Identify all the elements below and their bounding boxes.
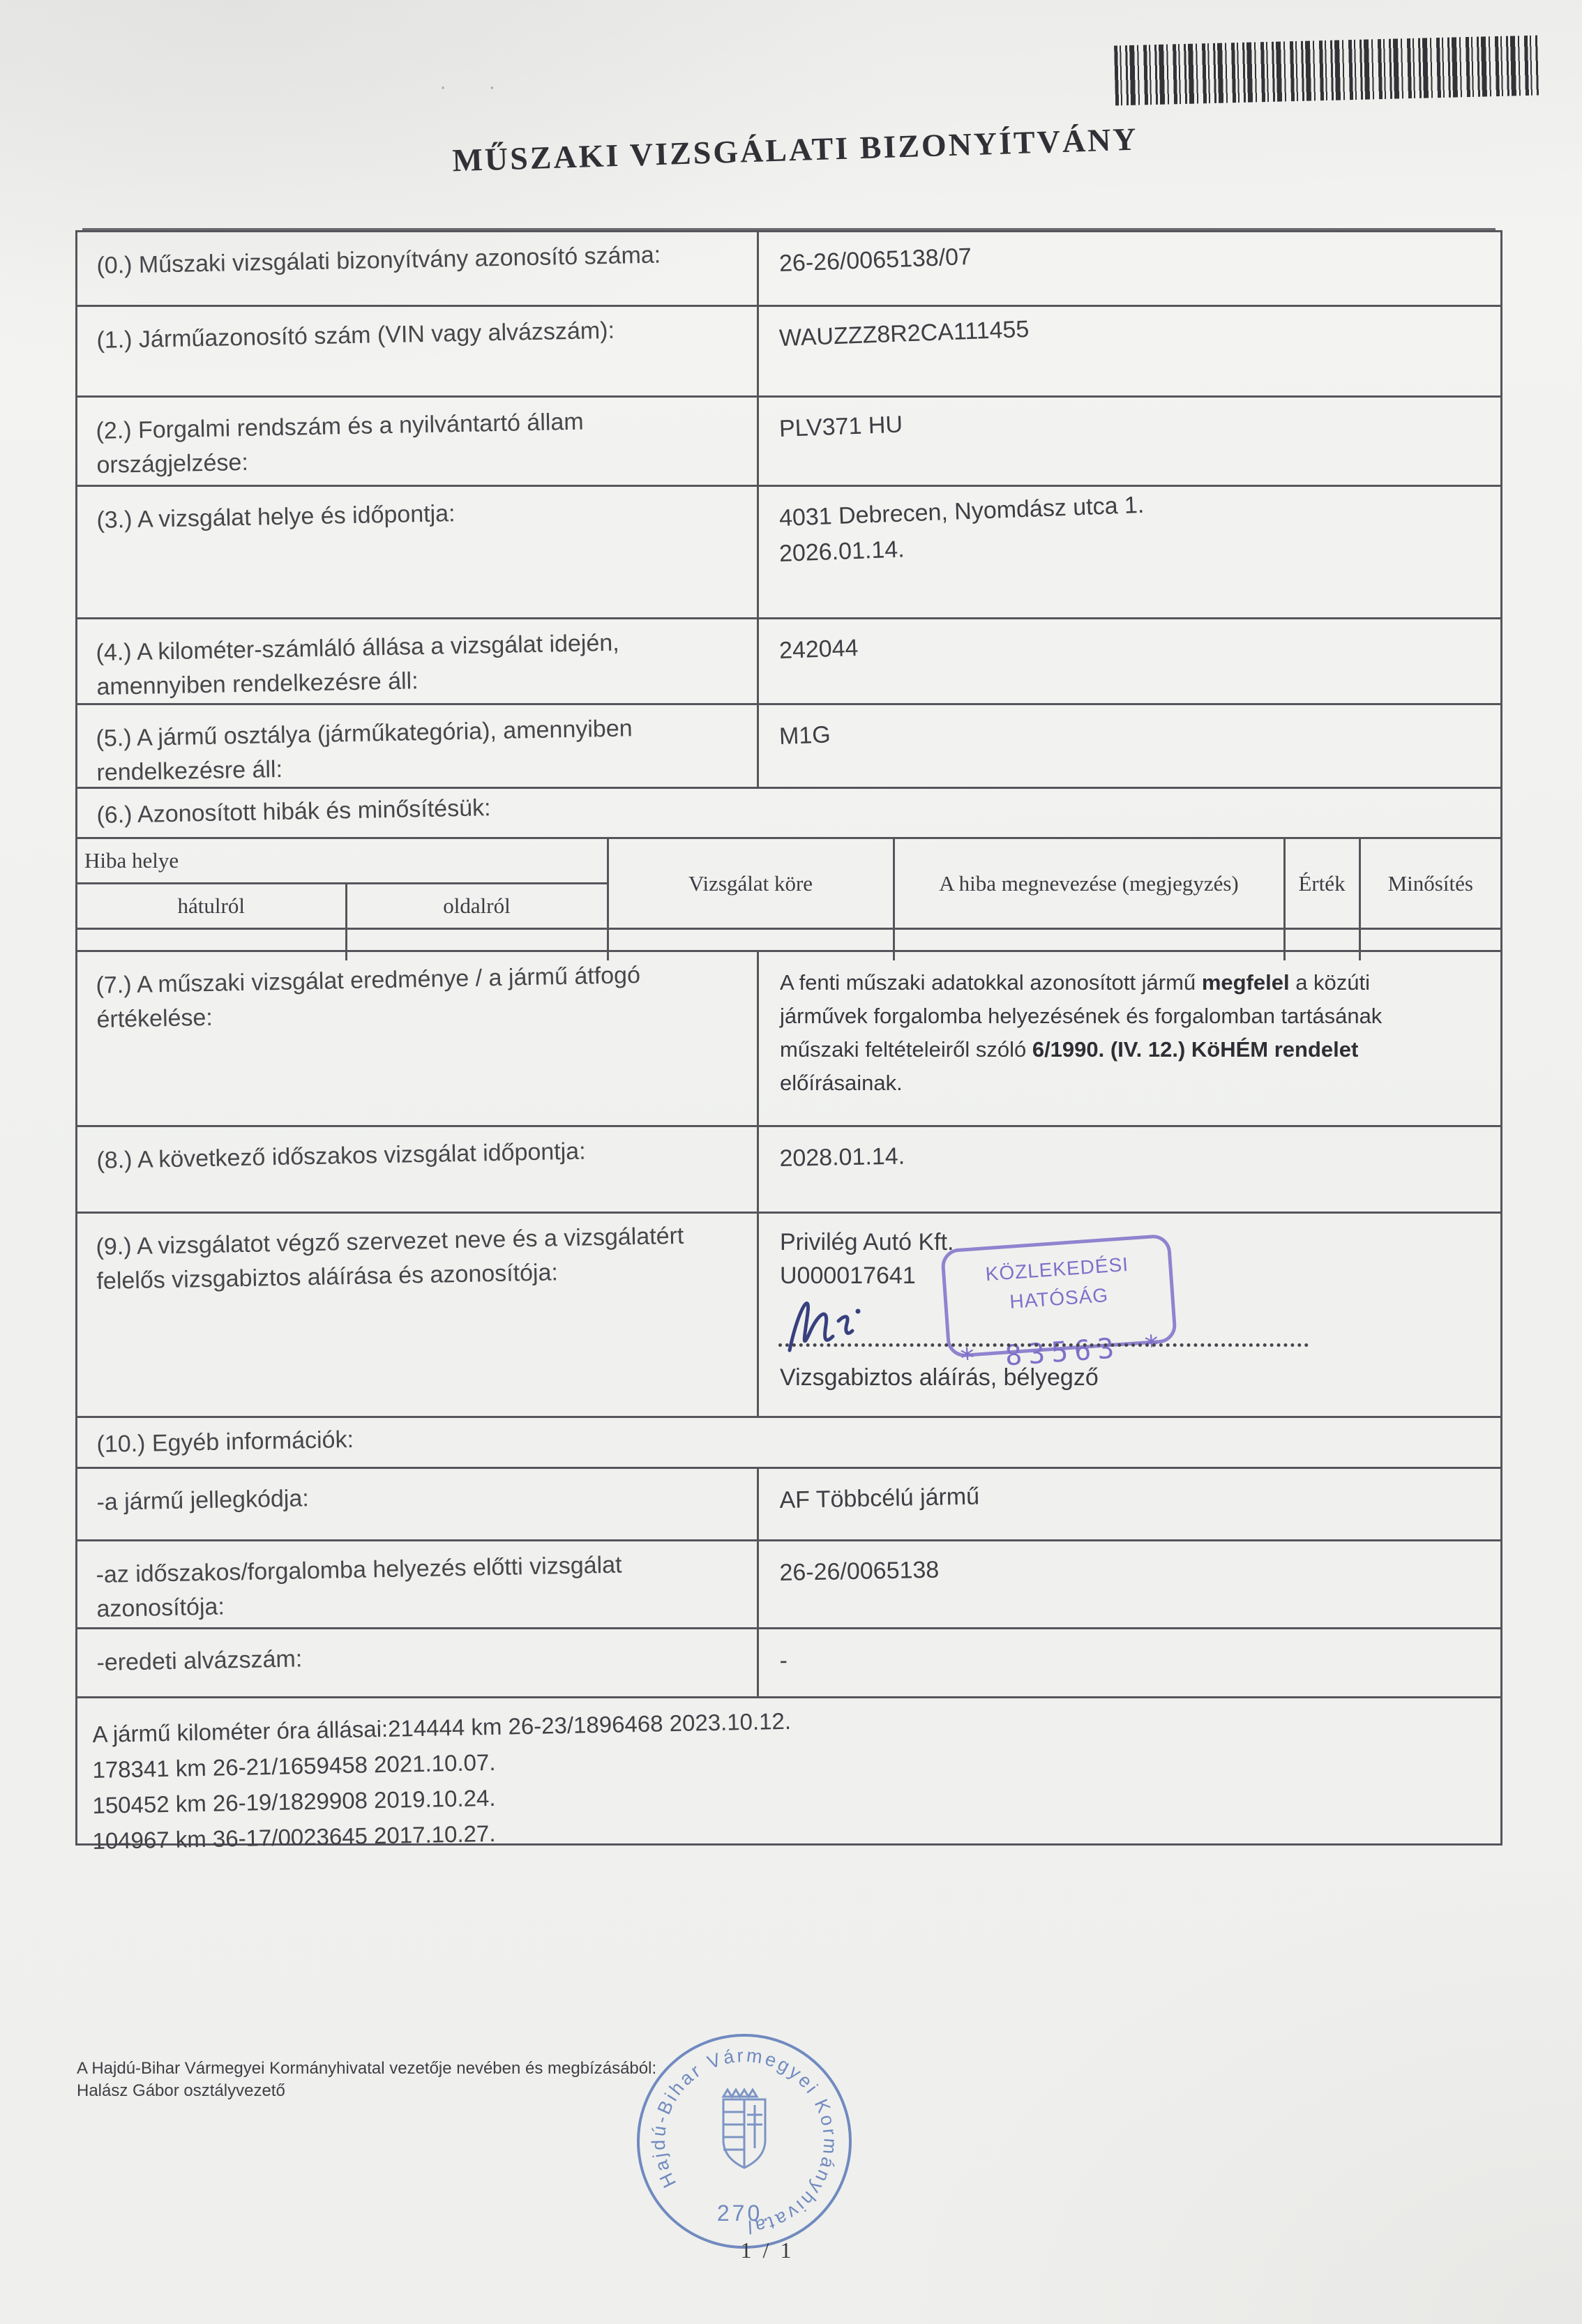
field-value-3: 4031 Debrecen, Nyomdász utca 1. 2026.01.… xyxy=(759,487,1500,617)
round-stamp-number: 270. xyxy=(717,2201,771,2226)
field-row-3: (3.) A vizsgálat helye és időpontja: 403… xyxy=(77,487,1500,619)
field-label-2: (2.) Forgalmi rendszám és a nyilvántartó… xyxy=(77,398,759,485)
signature-caption: Vizsgabiztos aláírás, bélyegző xyxy=(780,1360,1099,1396)
field-label-1: (1.) Járműazonosító szám (VIN vagy alváz… xyxy=(77,307,759,395)
next-inspection-value: 2028.01.14. xyxy=(759,1127,1500,1212)
scan-artifact-dots: · · xyxy=(439,75,513,99)
other-info-value-1: 26-26/0065138 xyxy=(759,1541,1500,1627)
field-value-5: M1G xyxy=(759,705,1500,787)
field-label-3: (3.) A vizsgálat helye és időpontja: xyxy=(77,487,759,617)
inspector-label: (9.) A vizsgálatot végző szervezet neve … xyxy=(77,1214,759,1416)
other-info-row-2: -eredeti alvázszám: - xyxy=(77,1629,1500,1698)
field-label-0: (0.) Műszaki vizsgálati bizonyítvány azo… xyxy=(77,232,759,305)
defects-section-row: (6.) Azonosított hibák és minősítésük: xyxy=(77,789,1500,839)
scanned-document-page: { "title": "MŰSZAKI VIZSGÁLATI BIZONYÍTV… xyxy=(0,0,1582,2324)
field-row-2: (2.) Forgalmi rendszám és a nyilvántartó… xyxy=(77,398,1500,487)
other-info-label: (10.) Egyéb információk: xyxy=(77,1418,1500,1467)
coat-of-arms-icon xyxy=(723,2090,765,2168)
other-info-row-0: -a jármű jellegkódja: AF Többcélú jármű xyxy=(77,1469,1500,1541)
odometer-history: A jármű kilométer óra állásai:214444 km … xyxy=(77,1698,1500,1843)
inspection-place: 4031 Debrecen, Nyomdász utca 1. xyxy=(778,488,1145,536)
result-label: (7.) A műszaki vizsgálat eredménye / a j… xyxy=(77,952,759,1125)
odometer-line: 104967 km 36-17/0023645 2017.10.27. xyxy=(92,1816,496,1859)
field-value-2: PLV371 HU xyxy=(759,398,1500,485)
document-title: MŰSZAKI VIZSGÁLATI BIZONYÍTVÁNY xyxy=(348,117,1242,182)
other-info-label-2: -eredeti alvázszám: xyxy=(77,1629,759,1696)
defects-header-rating: Minősítés xyxy=(1359,839,1500,929)
inspector-row: (9.) A vizsgálatot végző szervezet neve … xyxy=(77,1214,1500,1418)
defects-header-scope: Vizsgálat köre xyxy=(608,839,894,929)
other-info-label-1: -az időszakos/forgalomba helyezés előtti… xyxy=(77,1541,759,1627)
defects-header-side: oldalról xyxy=(346,884,608,929)
odometer-history-row: A jármű kilométer óra állásai:214444 km … xyxy=(77,1698,1500,1843)
government-office-round-stamp: Hajdú-Bihar Vármegyei Kormányhivatal 270… xyxy=(631,2028,857,2254)
field-label-5: (5.) A jármű osztálya (járműkategória), … xyxy=(77,705,759,787)
other-info-value-2: - xyxy=(759,1629,1500,1696)
field-row-0: (0.) Műszaki vizsgálati bizonyítvány azo… xyxy=(77,232,1500,307)
inspector-value: Privilég Autó Kft. U000017641 KÖZLEKEDÉS… xyxy=(759,1214,1500,1416)
result-value: A fenti műszaki adatokkal azonosított já… xyxy=(759,952,1500,1125)
field-row-1: (1.) Járműazonosító szám (VIN vagy alváz… xyxy=(77,307,1500,398)
field-value-0: 26-26/0065138/07 xyxy=(759,232,1500,305)
defects-table: Hiba helye Vizsgálat köre A hiba megneve… xyxy=(77,839,1500,960)
defects-header-value: Érték xyxy=(1284,839,1359,929)
defects-table-row: Hiba helye Vizsgálat köre A hiba megneve… xyxy=(77,839,1500,952)
certificate-form-table: (0.) Műszaki vizsgálati bizonyítvány azo… xyxy=(75,230,1502,1846)
field-value-1: WAUZZZ8R2CA111455 xyxy=(759,307,1500,395)
field-row-5: (5.) A jármű osztálya (járműkategória), … xyxy=(77,705,1500,789)
defects-header-description: A hiba megnevezése (megjegyzés) xyxy=(894,839,1284,929)
field-value-4: 242044 xyxy=(759,619,1500,703)
defects-header-rear: hátulról xyxy=(77,884,346,929)
other-info-header-row: (10.) Egyéb információk: xyxy=(77,1418,1500,1469)
authority-stamp-title: KÖZLEKEDÉSI HATÓSÁG xyxy=(944,1247,1171,1321)
other-info-value-0: AF Többcélú jármű xyxy=(759,1469,1500,1539)
field-label-4: (4.) A kilométer-számláló állása a vizsg… xyxy=(77,619,759,703)
defects-header-group: Hiba helye xyxy=(77,839,608,884)
authority-stamp: KÖZLEKEDÉSI HATÓSÁG * 83563 * xyxy=(940,1234,1177,1359)
next-inspection-row: (8.) A következő időszakos vizsgálat idő… xyxy=(77,1127,1500,1214)
next-inspection-label: (8.) A következő időszakos vizsgálat idő… xyxy=(77,1127,759,1212)
result-statement: A fenti műszaki adatokkal azonosított já… xyxy=(780,966,1484,1100)
barcode xyxy=(1114,36,1539,106)
inspection-date: 2026.01.14. xyxy=(778,531,905,572)
other-info-label-0: -a jármű jellegkódja: xyxy=(77,1469,759,1539)
other-info-row-1: -az időszakos/forgalomba helyezés előtti… xyxy=(77,1541,1500,1629)
defects-section-label: (6.) Azonosított hibák és minősítésük: xyxy=(77,789,1500,837)
signature-icon xyxy=(780,1281,933,1364)
signature-dotted-line xyxy=(778,1343,1309,1347)
result-row: (7.) A műszaki vizsgálat eredménye / a j… xyxy=(77,952,1500,1127)
page-number: 1 / 1 xyxy=(663,2238,872,2263)
defects-header-row-1: Hiba helye Vizsgálat köre A hiba megneve… xyxy=(77,839,1500,884)
field-row-4: (4.) A kilométer-számláló állása a vizsg… xyxy=(77,619,1500,705)
inspector-organization: Privilég Autó Kft. xyxy=(780,1225,954,1260)
